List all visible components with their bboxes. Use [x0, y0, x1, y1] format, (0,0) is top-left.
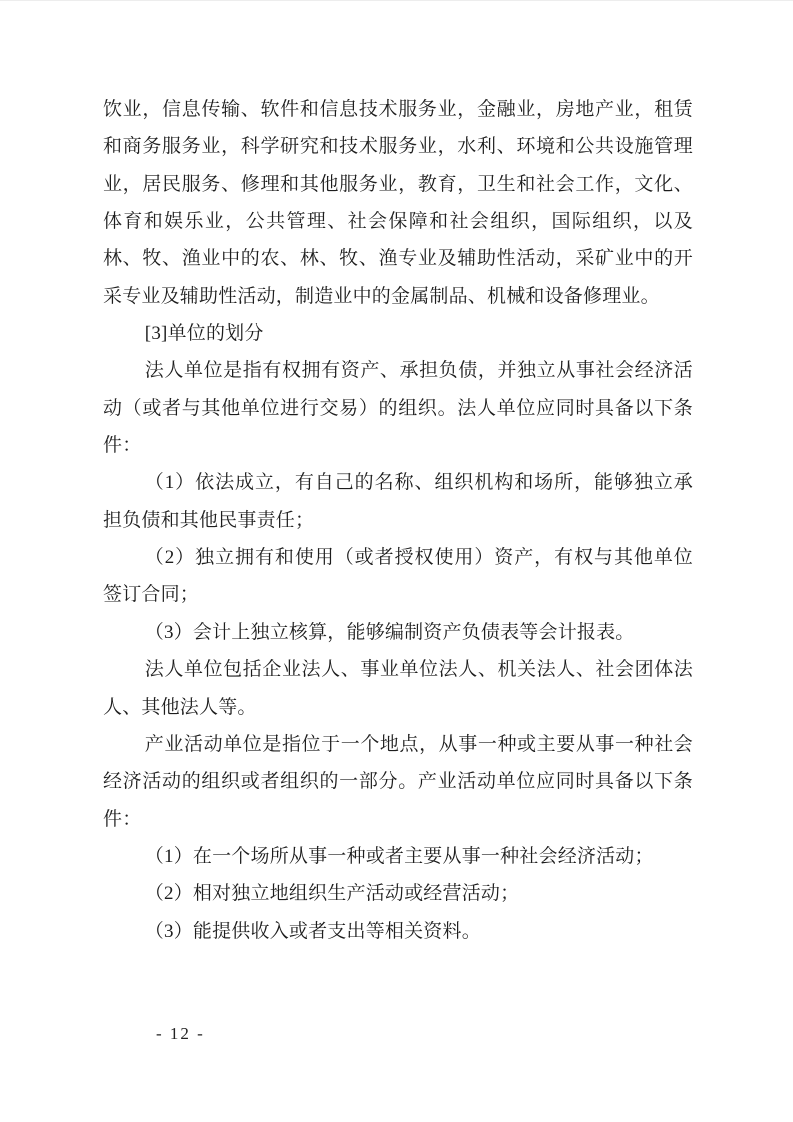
- text-line: 签订合同；: [103, 576, 693, 613]
- text-line: 经济活动的组织或者组织的一部分。产业活动单位应同时具备以下条: [103, 763, 693, 800]
- text-line: （1）依法成立，有自己的名称、组织机构和场所，能够独立承: [103, 464, 693, 501]
- text-line: 饮业，信息传输、软件和信息技术服务业，金融业，房地产业，租赁: [103, 91, 693, 128]
- text-line: 件：: [103, 801, 693, 838]
- text-line: 法人单位是指有权拥有资产、承担负债，并独立从事社会经济活: [103, 352, 693, 389]
- text-line: 体育和娱乐业，公共管理、社会保障和社会组织，国际组织，以及农、: [103, 203, 693, 240]
- text-line: 林、牧、渔业中的农、林、牧、渔专业及辅助性活动，采矿业中的开: [103, 240, 693, 277]
- text-line: 和商务服务业，科学研究和技术服务业，水利、环境和公共设施管理: [103, 128, 693, 165]
- text-line: （2）独立拥有和使用（或者授权使用）资产，有权与其他单位: [103, 539, 693, 576]
- document-body: 饮业，信息传输、软件和信息技术服务业，金融业，房地产业，租赁和商务服务业，科学研…: [103, 91, 693, 950]
- text-line: 业，居民服务、修理和其他服务业，教育，卫生和社会工作，文化、: [103, 166, 693, 203]
- text-line: 产业活动单位是指位于一个地点，从事一种或主要从事一种社会: [103, 726, 693, 763]
- text-line: 动（或者与其他单位进行交易）的组织。法人单位应同时具备以下条: [103, 390, 693, 427]
- text-line: （3）能提供收入或者支出等相关资料。: [103, 913, 693, 950]
- document-page: 饮业，信息传输、软件和信息技术服务业，金融业，房地产业，租赁和商务服务业，科学研…: [0, 0, 793, 1122]
- text-line: 件：: [103, 427, 693, 464]
- text-line: 法人单位包括企业法人、事业单位法人、机关法人、社会团体法: [103, 651, 693, 688]
- text-line: [3]单位的划分: [103, 315, 693, 352]
- text-line: （2）相对独立地组织生产活动或经营活动；: [103, 875, 693, 912]
- text-line: 担负债和其他民事责任；: [103, 502, 693, 539]
- page-number: - 12 -: [156, 1023, 205, 1045]
- text-line: （3）会计上独立核算，能够编制资产负债表等会计报表。: [103, 614, 693, 651]
- text-line: （1）在一个场所从事一种或者主要从事一种社会经济活动；: [103, 838, 693, 875]
- text-line: 人、其他法人等。: [103, 689, 693, 726]
- text-line: 采专业及辅助性活动，制造业中的金属制品、机械和设备修理业。: [103, 278, 693, 315]
